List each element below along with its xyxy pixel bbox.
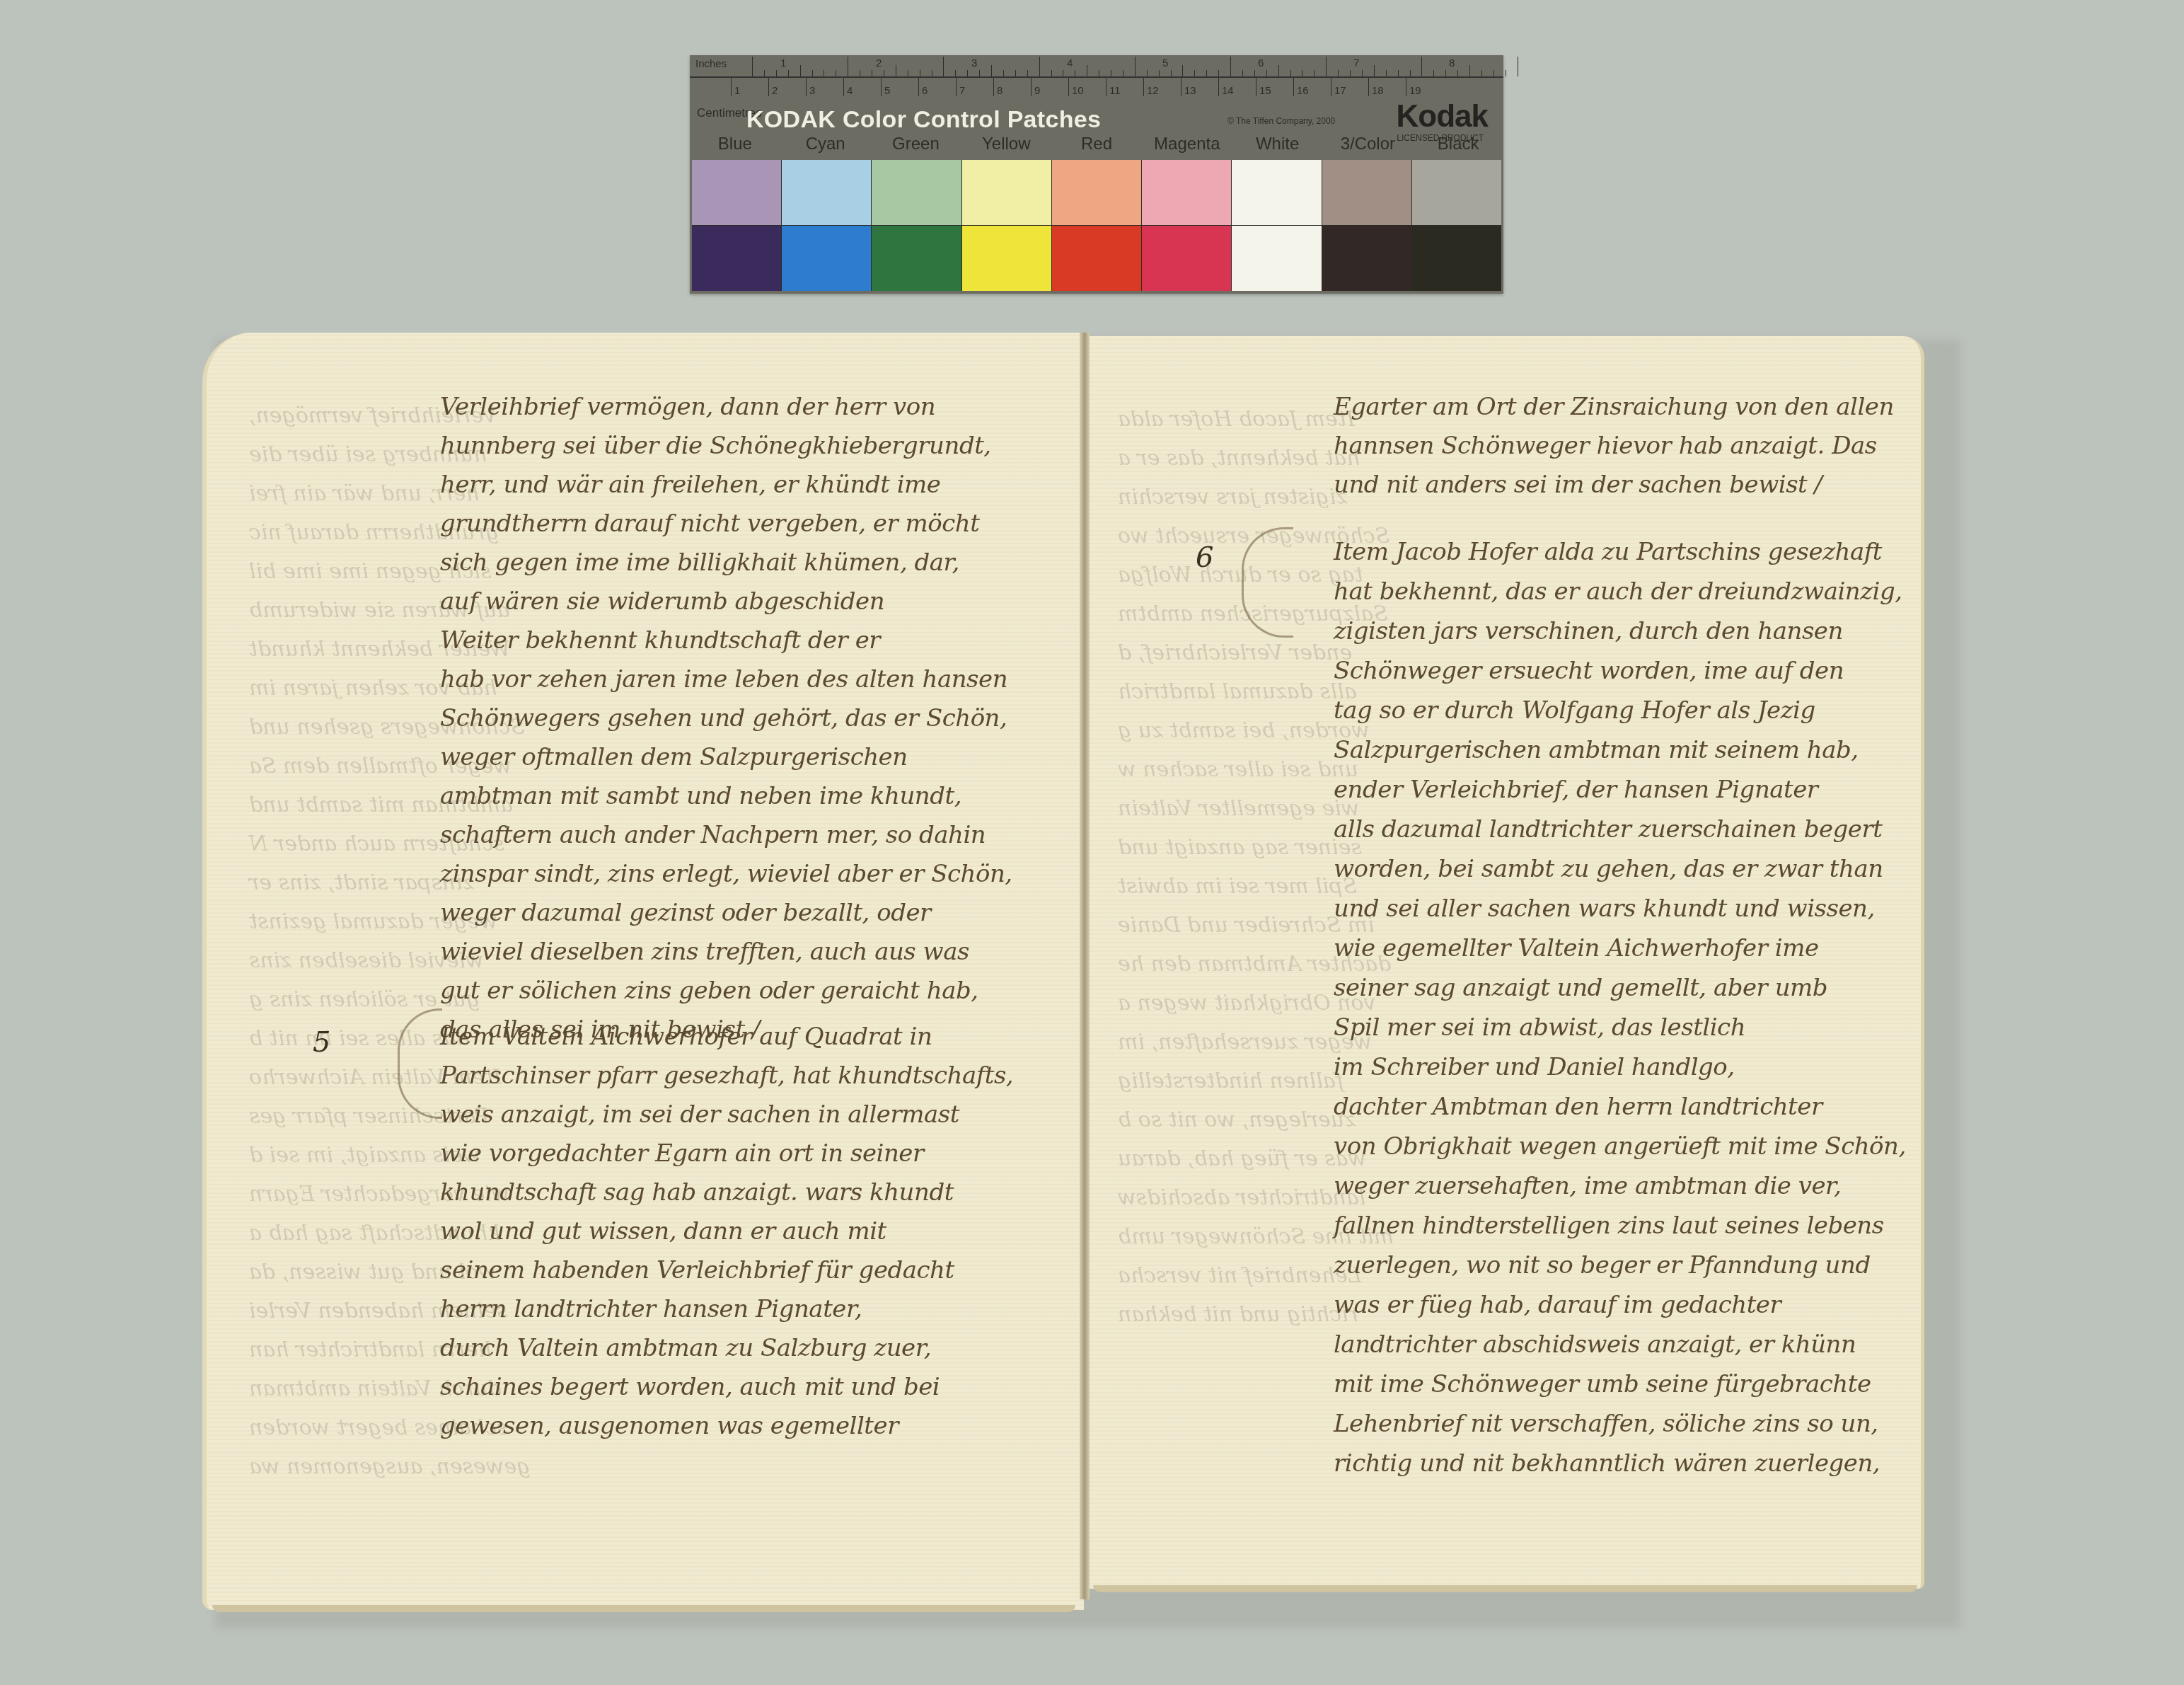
manuscript-line: hunnberg sei über die Schönegkhiebergrun…: [440, 432, 991, 460]
manuscript-line: fallnen hindterstelligen zins laut seine…: [1334, 1212, 1884, 1240]
patch-label-magenta: Magenta: [1142, 134, 1232, 157]
manuscript-line: grundtherrn darauf nicht vergeben, er mö…: [440, 510, 979, 538]
inch-tick: [1493, 70, 1494, 76]
inch-tick: [1099, 70, 1099, 76]
cm-mark: 11: [1109, 85, 1121, 97]
inch-tick: [1230, 57, 1231, 76]
patch-yellow-light: [962, 160, 1051, 225]
manuscript-line: weger oftmallen dem Salzpurgerischen: [440, 743, 908, 771]
cm-mark: 14: [1222, 85, 1234, 97]
cm-mark: 10: [1072, 85, 1084, 97]
inch-tick: [860, 70, 860, 76]
manuscript-line: Schönweger ersuecht worden, ime auf den: [1334, 657, 1844, 685]
cm-mark: 7: [959, 85, 965, 97]
cm-mark: 2: [772, 85, 778, 97]
patch-magenta-dark: [1142, 226, 1231, 291]
inch-tick: [752, 57, 753, 76]
manuscript-line: zuerlegen, wo nit so beger er Pfanndung …: [1334, 1251, 1871, 1279]
cm-tick: [843, 78, 844, 96]
patch-label-green: Green: [871, 134, 961, 157]
manuscript-line: gewesen, ausgenomen was egemellter: [440, 1412, 899, 1440]
manuscript-line: sich gegen ime ime billigkhait khümen, d…: [440, 548, 959, 577]
cm-tick: [1256, 78, 1256, 96]
bleedthrough-line: worden, bei sambt zu g: [1118, 718, 1370, 743]
inch-tick: [1302, 70, 1302, 76]
cm-tick: [1368, 78, 1369, 96]
inch-tick: [836, 70, 836, 76]
patch-red-light: [1052, 160, 1141, 225]
manuscript-line: mit ime Schönweger umb seine fürgebracht…: [1334, 1370, 1871, 1398]
entry-brace: [398, 1008, 442, 1119]
cm-tick: [1106, 78, 1107, 96]
manuscript-line: durch Valtein ambtman zu Salzburg zuer,: [440, 1334, 931, 1362]
cm-mark: 9: [1034, 85, 1040, 97]
manuscript-line: zinspar sindt, zins erlegt, wieviel aber…: [440, 860, 1012, 888]
cm-tick: [1218, 78, 1219, 96]
inch-tick: [967, 70, 968, 76]
inch-tick: [1087, 65, 1087, 76]
inches-label: Inches: [695, 58, 727, 70]
cm-tick: [731, 78, 732, 96]
cm-tick: [956, 78, 957, 96]
inch-tick: [1350, 70, 1351, 76]
manuscript-line: hannsen Schönweger hievor hab anzaigt. D…: [1334, 432, 1877, 460]
inch-mark: 8: [1449, 57, 1455, 69]
inch-tick: [1481, 70, 1482, 76]
bleedthrough-line: Lehenbrief nit verscha: [1118, 1263, 1362, 1288]
cm-mark: 1: [734, 85, 740, 97]
patch-magenta-light: [1142, 160, 1231, 225]
bleedthrough-line: ender Verleichbrief, d: [1118, 640, 1352, 665]
patch-3-color-dark: [1322, 226, 1411, 291]
bleedthrough-line: gewesen, ausgenomen wa: [249, 1454, 531, 1479]
manuscript-line: Partschinser pfarr gesezhaft, hat khundt…: [440, 1062, 1013, 1090]
manuscript-line: was er füeg hab, darauf im gedachter: [1334, 1291, 1781, 1319]
cm-mark: 3: [809, 85, 815, 97]
patch-label-3-color: 3/Color: [1322, 134, 1413, 157]
inch-tick: [1182, 65, 1183, 76]
bleedthrough-line: und sei aller sachen w: [1118, 757, 1358, 782]
inch-tick: [1063, 70, 1063, 76]
cm-mark: 6: [922, 85, 928, 97]
inch-tick: [991, 65, 992, 76]
inch-mark: 5: [1162, 57, 1168, 69]
patch-labels: BlueCyanGreenYellowRedMagentaWhite3/Colo…: [690, 134, 1503, 157]
manuscript-line: herrn landtrichter hansen Pignater,: [440, 1295, 862, 1323]
bleedthrough-line: Item Jacob Hofer alda: [1118, 407, 1355, 432]
cm-tick: [1181, 78, 1181, 96]
patch-label-yellow: Yellow: [961, 134, 1051, 157]
cm-mark: 18: [1372, 85, 1384, 97]
manuscript-line: im Schreiber und Daniel handlgo,: [1334, 1053, 1735, 1081]
manuscript-line: herr, und wär ain freilehen, er khündt i…: [440, 471, 940, 499]
inch-mark: 3: [971, 57, 977, 69]
inch-tick: [1386, 70, 1387, 76]
cm-mark: 8: [997, 85, 1003, 97]
manuscript-line: ambtman mit sambt und neben ime khundt,: [440, 782, 961, 810]
inch-tick: [1051, 70, 1052, 76]
inch-tick: [872, 70, 872, 76]
inch-tick: [896, 65, 896, 76]
cm-tick: [1068, 78, 1069, 96]
manuscript-line: landtrichter abschidsweis anzaigt, er kh…: [1334, 1330, 1856, 1359]
inch-tick: [943, 57, 944, 76]
inch-mark: 1: [780, 57, 786, 69]
inch-tick: [1374, 65, 1375, 76]
inch-tick: [1410, 70, 1411, 76]
target-title: KODAK Color Control Patches: [746, 106, 1101, 134]
left-page-edge: [212, 1605, 1075, 1612]
entry-number-5: 5: [313, 1026, 330, 1059]
patch-cyan-light: [782, 160, 871, 225]
patch-blue-dark: [692, 226, 781, 291]
manuscript-line: worden, bei sambt zu gehen, das er zwar …: [1334, 855, 1883, 883]
cm-tick: [1331, 78, 1331, 96]
manuscript-line: ender Verleichbrief, der hansen Pignater: [1334, 776, 1818, 804]
manuscript-line: weis anzaigt, im sei der sachen in aller…: [440, 1100, 959, 1129]
cm-tick: [1406, 78, 1406, 96]
inch-tick: [1266, 70, 1267, 76]
inch-tick: [1338, 70, 1339, 76]
inch-tick: [1469, 65, 1470, 76]
cm-tick: [1031, 78, 1032, 96]
bleedthrough-line: richtig und nit bekhan: [1118, 1302, 1358, 1327]
inch-tick: [1075, 70, 1075, 76]
cm-tick: [993, 78, 994, 96]
inch-tick: [1278, 65, 1279, 76]
patch-white-dark: [1232, 226, 1321, 291]
inch-tick: [1445, 70, 1446, 76]
manuscript-line: Lehenbrief nit verschaffen, söliche zins…: [1334, 1410, 1878, 1438]
bleedthrough-line: landtrichter abschidsw: [1118, 1185, 1365, 1210]
manuscript-line: khundtschaft sag hab anzaigt. wars khund…: [440, 1178, 954, 1207]
manuscript-line: Salzpurgerischen ambtman mit seinem hab,: [1334, 736, 1858, 764]
inch-tick: [1218, 70, 1219, 76]
inch-tick: [1027, 70, 1028, 76]
patch-white-light: [1232, 160, 1321, 225]
inch-tick: [1123, 70, 1123, 76]
manuscript-line: Weiter bekhennt khundtschaft der er: [440, 626, 880, 655]
patch-label-red: Red: [1051, 134, 1142, 157]
inch-tick: [1457, 70, 1458, 76]
cm-mark: 16: [1297, 85, 1309, 97]
patch-label-black: Black: [1413, 134, 1503, 157]
entry-number-6: 6: [1196, 541, 1213, 574]
copyright-text: © The Tiffen Company, 2000: [1227, 116, 1335, 126]
color-control-target: Inches 12345678 123456789101112131415161…: [690, 55, 1503, 294]
inch-mark: 6: [1258, 57, 1264, 69]
patch-green-dark: [872, 226, 961, 291]
patch-red-dark: [1052, 226, 1141, 291]
inch-tick: [932, 70, 932, 76]
inch-tick: [1147, 70, 1148, 76]
color-patches: [692, 160, 1501, 291]
right-page-edge: [1093, 1585, 1917, 1592]
manuscript-line: und sei aller sachen wars khundt und wis…: [1334, 895, 1875, 923]
inch-tick: [1398, 70, 1399, 76]
manuscript-line: von Obrigkhait wegen angerüeft mit ime S…: [1334, 1132, 1906, 1161]
manuscript-line: schaftern auch ander Nachpern mer, so da…: [440, 821, 986, 849]
cm-mark: 15: [1259, 85, 1271, 97]
manuscript-line: tag so er durch Wolfgang Hofer als Jezig: [1334, 696, 1815, 725]
bleedthrough-line: was er füeg hab, darau: [1118, 1146, 1366, 1171]
inch-tick: [1433, 70, 1434, 76]
inch-tick: [1015, 70, 1016, 76]
inch-tick: [1003, 70, 1004, 76]
inch-tick: [920, 70, 920, 76]
bleedthrough-line: hat bekhennt, das er a: [1118, 446, 1360, 471]
manuscript-line: hat bekhennt, das er auch der dreiundzwa…: [1334, 577, 1902, 606]
manuscript-line: Schönwegers gsehen und gehört, das er Sc…: [440, 704, 1007, 732]
inch-tick: [1206, 70, 1207, 76]
inch-tick: [776, 70, 777, 76]
inch-tick: [1518, 57, 1518, 76]
left-page: Verleihbrief vermögen,hunnberg sei über …: [202, 333, 1084, 1610]
manuscript-line: Spil mer sei im abwist, das lestlich: [1334, 1013, 1745, 1042]
patch-label-cyan: Cyan: [780, 134, 871, 157]
cm-tick: [881, 78, 882, 96]
inch-tick: [955, 70, 956, 76]
manuscript-line: dachter Ambtman den herrn landtrichter: [1334, 1093, 1822, 1121]
inch-tick: [1171, 70, 1172, 76]
manuscript-line: Verleihbrief vermögen, dann der herr von: [440, 393, 935, 421]
inch-tick: [764, 70, 765, 76]
patch-label-blue: Blue: [690, 134, 780, 157]
inch-tick: [1242, 70, 1243, 76]
manuscript-line: Item Valtein Aichwerhofer auf Quadrat in: [440, 1023, 932, 1051]
bleedthrough-line: tag so er durch Wolfga: [1118, 563, 1363, 587]
book-gutter: [1080, 333, 1090, 1599]
manuscript-line: richtig und nit bekhanntlich wären zuerl…: [1334, 1449, 1880, 1478]
cm-ruler: 12345678910111213141516171819: [690, 78, 1503, 105]
patch-blue-light: [692, 160, 781, 225]
patch-3-color-light: [1322, 160, 1411, 225]
cm-tick: [918, 78, 919, 96]
manuscript-line: Egarter am Ort der Zinsraichung von den …: [1334, 393, 1894, 421]
inch-tick: [884, 70, 884, 76]
manuscript-line: schaines begert worden, auch mit und bei: [440, 1373, 940, 1401]
manuscript-line: alls dazumal landtrichter zuerschainen b…: [1334, 815, 1882, 844]
inch-mark: 2: [876, 57, 882, 69]
bleedthrough-line: wie egemellter Valtein: [1118, 796, 1359, 821]
manuscript-line: seiner sag anzaigt und gemellt, aber umb: [1334, 974, 1827, 1002]
cm-tick: [1143, 78, 1144, 96]
inch-tick: [1039, 57, 1040, 76]
inch-tick: [1111, 70, 1111, 76]
manuscript-line: wie vorgedachter Egarn ain ort in seiner: [440, 1139, 924, 1168]
inch-tick: [812, 70, 813, 76]
cm-mark: 19: [1409, 85, 1421, 97]
manuscript-line: wie egemellter Valtein Aichwerhofer ime: [1334, 934, 1819, 962]
cm-mark: 4: [847, 85, 853, 97]
bleedthrough-line: seiner sag anzaigt und: [1118, 835, 1362, 860]
manuscript-line: wieviel dieselben zins trefften, auch au…: [440, 938, 969, 966]
cm-tick: [768, 78, 769, 96]
inch-tick: [848, 57, 848, 76]
manuscript-line: zigisten jars verschinen, durch den hans…: [1334, 617, 1843, 645]
patch-yellow-dark: [962, 226, 1051, 291]
inch-mark: 7: [1353, 57, 1359, 69]
inch-tick: [1362, 70, 1363, 76]
inch-tick: [824, 70, 824, 76]
patch-black-dark: [1412, 226, 1501, 291]
inch-tick: [1194, 70, 1195, 76]
inch-tick: [1290, 70, 1291, 76]
inch-tick: [1506, 70, 1506, 76]
manuscript-line: seinem habenden Verleichbrief für gedach…: [440, 1256, 954, 1284]
inch-tick: [1135, 57, 1136, 76]
manuscript-line: weger dazumal gezinst oder bezallt, oder: [440, 899, 931, 927]
patch-black-light: [1412, 160, 1501, 225]
manuscript-line: auf wären sie widerumb abgeschiden: [440, 587, 884, 616]
patch-cyan-dark: [782, 226, 871, 291]
inch-tick: [908, 70, 908, 76]
inch-tick: [1421, 57, 1422, 76]
patch-green-light: [872, 160, 961, 225]
bleedthrough-line: fallnen hindterstellig: [1118, 1069, 1344, 1093]
manuscript-line: weger zuersehaften, ime ambtman die ver,: [1334, 1172, 1841, 1200]
cm-mark: 5: [884, 85, 890, 97]
kodak-logo: Kodak: [1397, 99, 1488, 134]
inch-tick: [1314, 70, 1315, 76]
inch-mark: 4: [1067, 57, 1073, 69]
manuscript-line: gut er sölichen zins geben oder geraicht…: [440, 977, 978, 1005]
cm-mark: 12: [1147, 85, 1159, 97]
manuscript-line: wol und gut wissen, dann er auch mit: [440, 1217, 886, 1246]
bleedthrough-line: Spil mer sei im abwist: [1118, 874, 1357, 899]
inch-tick: [1326, 57, 1327, 76]
inch-tick: [979, 70, 980, 76]
bleedthrough-line: alls dazumal landtrich: [1118, 679, 1357, 704]
bleedthrough-line: zuerlegen, wo nit so b: [1118, 1108, 1356, 1132]
cm-mark: 17: [1334, 85, 1346, 97]
cm-mark: 13: [1184, 85, 1196, 97]
inch-tick: [788, 70, 789, 76]
manuscript-line: Item Jacob Hofer alda zu Partschins gese…: [1334, 538, 1882, 566]
inch-tick: [800, 65, 801, 76]
inch-tick: [1254, 70, 1255, 76]
right-page: Item Jacob Hofer alda hat bekhennt, das …: [1090, 336, 1924, 1589]
manuscript-line: und nit anders sei im der sachen bewist …: [1334, 471, 1822, 499]
patch-label-white: White: [1232, 134, 1323, 157]
manuscript-line: hab vor zehen jaren ime leben des alten …: [440, 665, 1007, 694]
bleedthrough-line: zigisten jars verschin: [1118, 485, 1347, 510]
cm-tick: [1293, 78, 1294, 96]
inch-tick: [1159, 70, 1160, 76]
cm-tick: [806, 78, 807, 96]
inch-ruler: Inches 12345678: [690, 55, 1503, 78]
